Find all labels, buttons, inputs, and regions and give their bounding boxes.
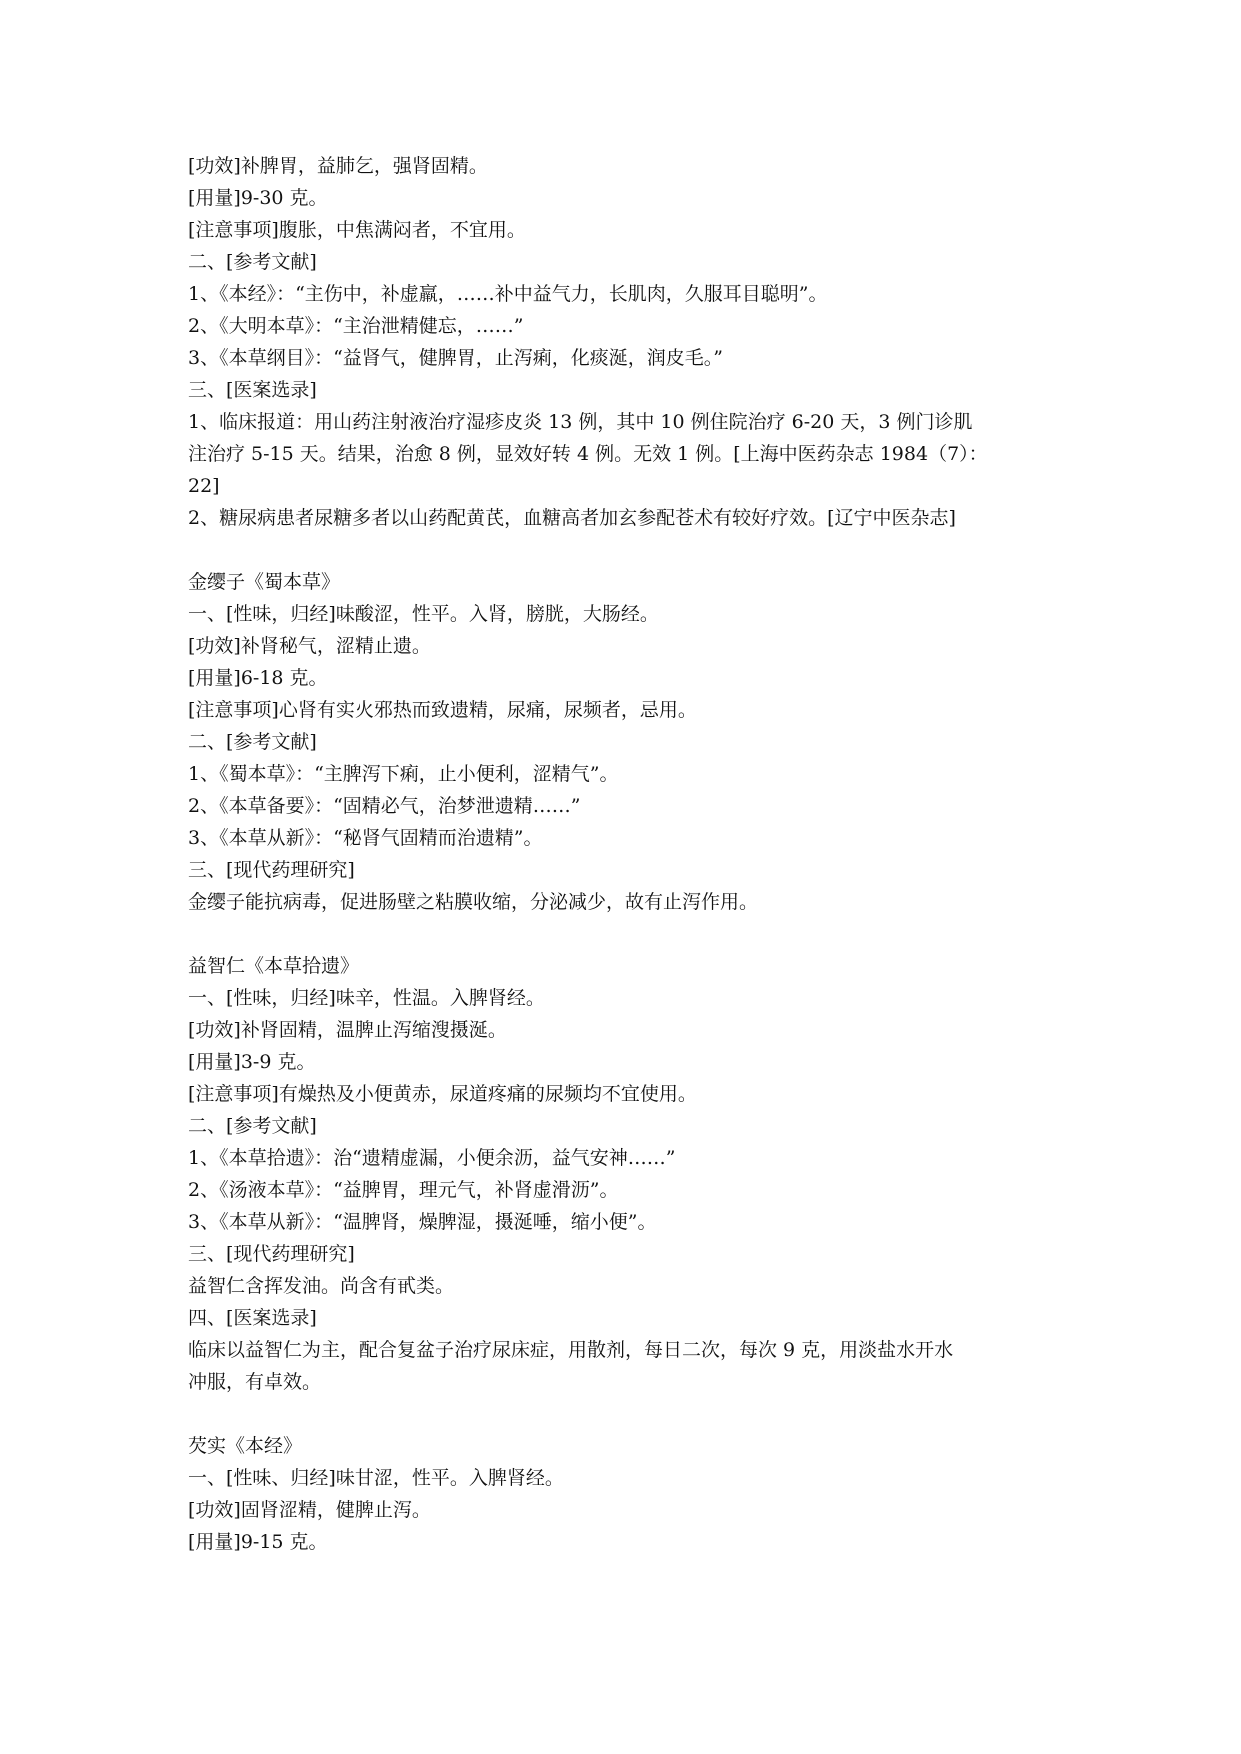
reference-item: 2、《本草备要》：“固精必气，治梦泄遗精……” [188, 790, 1068, 822]
case-record-line: 冲服，有卓效。 [188, 1366, 1068, 1398]
efficacy-line: [功效]补肾固精，温脾止泻缩溲摄涎。 [188, 1014, 1068, 1046]
case-record-line: 注治疗 5-15 天。结果，治愈 8 例，显效好转 4 例。无效 1 例。[上海… [188, 438, 1068, 470]
reference-item: 2、《汤液本草》：“益脾胃，理元气，补肾虚滑沥”。 [188, 1174, 1068, 1206]
references-heading: 二、[参考文献] [188, 1110, 1068, 1142]
pharmacology-text: 金缨子能抗病毒，促进肠壁之粘膜收缩，分泌减少，故有止泻作用。 [188, 886, 1068, 918]
herb-title: 芡实《本经》 [188, 1430, 1068, 1462]
blank-line [188, 534, 1068, 566]
dosage-line: [用量]9-15 克。 [188, 1526, 1068, 1558]
case-record-line: 22] [188, 470, 1068, 502]
case-records-heading: 四、[医案选录] [188, 1302, 1068, 1334]
pharmacology-heading: 三、[现代药理研究] [188, 854, 1068, 886]
pharmacology-text: 益智仁含挥发油。尚含有甙类。 [188, 1270, 1068, 1302]
document-page: [功效]补脾胃，益肺乞，强肾固精。 [用量]9-30 克。 [注意事项]腹胀，中… [188, 150, 1068, 1558]
case-record-line: 临床以益智仁为主，配合复盆子治疗尿床症，用散剂，每日二次，每次 9 克，用淡盐水… [188, 1334, 1068, 1366]
reference-item: 3、《本草纲目》：“益肾气，健脾胃，止泻痢，化痰涎，润皮毛。” [188, 342, 1068, 374]
dosage-line: [用量]9-30 克。 [188, 182, 1068, 214]
reference-item: 3、《本草从新》：“温脾肾，燥脾湿，摄涎唾，缩小便”。 [188, 1206, 1068, 1238]
case-record-line: 1、临床报道：用山药注射液治疗湿疹皮炎 13 例，其中 10 例住院治疗 6-2… [188, 406, 1068, 438]
pharmacology-heading: 三、[现代药理研究] [188, 1238, 1068, 1270]
cautions-line: [注意事项]心肾有实火邪热而致遗精，尿痛，尿频者，忌用。 [188, 694, 1068, 726]
section-qianshi: 芡实《本经》 一、[性味、归经]味甘涩，性平。入脾肾经。 [功效]固肾涩精，健脾… [188, 1430, 1068, 1558]
section-shanyao: [功效]补脾胃，益肺乞，强肾固精。 [用量]9-30 克。 [注意事项]腹胀，中… [188, 150, 1068, 534]
efficacy-line: [功效]固肾涩精，健脾止泻。 [188, 1494, 1068, 1526]
case-records-heading: 三、[医案选录] [188, 374, 1068, 406]
nature-meridian-line: 一、[性味、归经]味甘涩，性平。入脾肾经。 [188, 1462, 1068, 1494]
dosage-line: [用量]6-18 克。 [188, 662, 1068, 694]
section-jinyingzi: 金缨子《蜀本草》 一、[性味，归经]味酸涩，性平。入肾，膀胱，大肠经。 [功效]… [188, 566, 1068, 918]
reference-item: 2、《大明本草》：“主治泄精健忘，……” [188, 310, 1068, 342]
dosage-line: [用量]3-9 克。 [188, 1046, 1068, 1078]
references-heading: 二、[参考文献] [188, 246, 1068, 278]
efficacy-line: [功效]补肾秘气，涩精止遗。 [188, 630, 1068, 662]
case-record-line: 2、糖尿病患者尿糖多者以山药配黄芪，血糖高者加玄参配苍术有较好疗效。[辽宁中医杂… [188, 502, 1068, 534]
blank-line [188, 918, 1068, 950]
section-yizhiren: 益智仁《本草拾遗》 一、[性味，归经]味辛，性温。入脾肾经。 [功效]补肾固精，… [188, 950, 1068, 1398]
reference-item: 3、《本草从新》：“秘肾气固精而治遗精”。 [188, 822, 1068, 854]
reference-item: 1、《本草拾遗》：治“遗精虚漏，小便余沥，益气安神……” [188, 1142, 1068, 1174]
reference-item: 1、《本经》：“主伤中，补虚羸，……补中益气力，长肌肉，久服耳目聪明”。 [188, 278, 1068, 310]
cautions-line: [注意事项]腹胀，中焦满闷者，不宜用。 [188, 214, 1068, 246]
herb-title: 益智仁《本草拾遗》 [188, 950, 1068, 982]
nature-meridian-line: 一、[性味，归经]味酸涩，性平。入肾，膀胱，大肠经。 [188, 598, 1068, 630]
nature-meridian-line: 一、[性味，归经]味辛，性温。入脾肾经。 [188, 982, 1068, 1014]
herb-title: 金缨子《蜀本草》 [188, 566, 1068, 598]
references-heading: 二、[参考文献] [188, 726, 1068, 758]
blank-line [188, 1398, 1068, 1430]
cautions-line: [注意事项]有燥热及小便黄赤，尿道疼痛的尿频均不宜使用。 [188, 1078, 1068, 1110]
reference-item: 1、《蜀本草》：“主脾泻下痢，止小便利，涩精气”。 [188, 758, 1068, 790]
efficacy-line: [功效]补脾胃，益肺乞，强肾固精。 [188, 150, 1068, 182]
